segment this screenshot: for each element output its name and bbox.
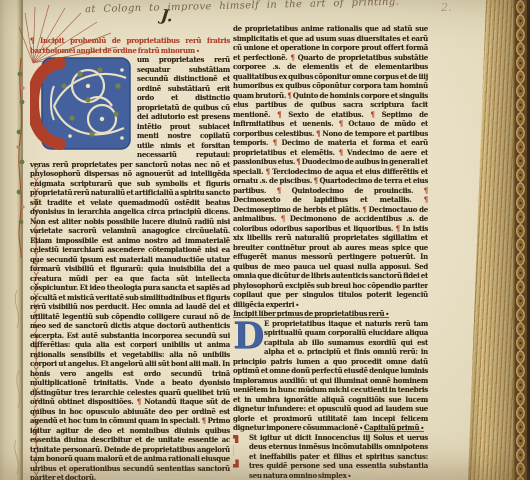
illuminated-initial-C	[30, 56, 132, 151]
liber-opening-paragraph: DE proprietatibus itaque et naturis rerũ…	[233, 319, 428, 433]
collector-initial-mark: J.	[160, 5, 174, 25]
heading-liber-primus: Incipit liber primus de proprietatibus r…	[233, 309, 389, 318]
drop-cap-D: D	[233, 319, 262, 356]
book-photo: at Cologn to improve himself in the art …	[0, 0, 530, 480]
inscription-note: at Cologn to improve himself in the art …	[85, 0, 435, 15]
folio-number: 2.	[441, 1, 452, 14]
gauffered-edge-pattern	[513, 0, 528, 480]
heading-capitulum-primum: Capitulũ primũ ∙	[364, 423, 424, 432]
manuscript-page: at Cologn to improve himself in the art …	[23, 0, 515, 480]
left-column-body: um proprietates rerũ sequatur substãtiam…	[30, 55, 230, 480]
capitulum-paragraph: ESt igitur ut dicit Innocencius iij Solu…	[233, 433, 428, 480]
underlying-page-edge	[0, 0, 23, 480]
drop-cap-E: E	[233, 433, 247, 475]
chapter-list-text: de proprietatibus anime rationalis que a…	[233, 24, 428, 309]
rubric-incipit-prohemium: ¶ Incipit prohemiũ de proprietatibus rer…	[30, 36, 230, 55]
right-text-column: de proprietatibus anime rationalis que a…	[233, 24, 428, 480]
left-text-column: ¶ Incipit prohemiũ de proprietatibus rer…	[30, 36, 230, 480]
